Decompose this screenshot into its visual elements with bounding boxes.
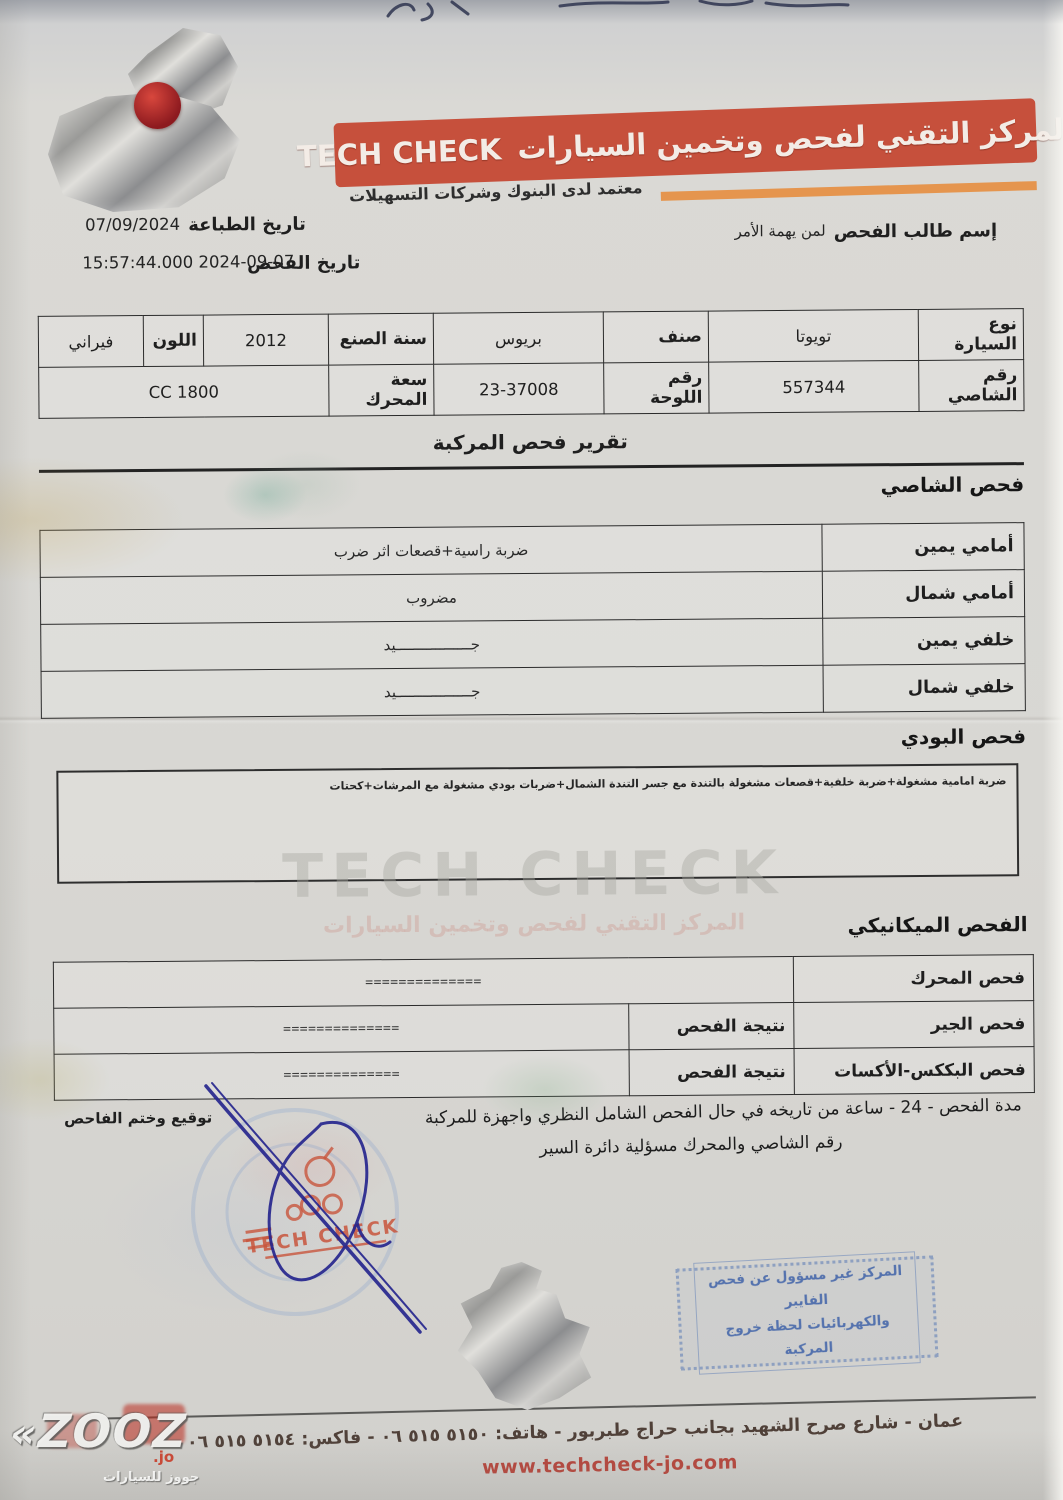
chassis-section-heading: فحص الشاصي bbox=[880, 472, 1024, 497]
rear-right-label: خلفي يمين bbox=[823, 617, 1025, 666]
table-row: خلفي شمال جـــــــــــــــــيد bbox=[41, 664, 1025, 719]
chassis-number-label: رقم الشاصي bbox=[919, 360, 1024, 412]
table-row: خلفي يمين جـــــــــــــــــيد bbox=[41, 617, 1025, 672]
inspection-date-value: 2024-09-07 15:57:44.000 bbox=[82, 252, 294, 273]
requester-row: إسم طالب الفحص لمن يهمة الأمر bbox=[735, 220, 998, 243]
axle-check-value: ============== bbox=[54, 1050, 629, 1101]
body-inspection-box: ضربة امامية مشغولة+ضربة خلفية+قصعات مشغو… bbox=[56, 763, 1019, 884]
vehicle-color-value: فيراني bbox=[38, 316, 143, 368]
disclaimer-line-2: والكهربائيات لحظة خروج المركبة bbox=[707, 1308, 909, 1367]
signature-label: توقيع وختم الفاحص bbox=[64, 1109, 212, 1128]
front-right-value: ضربة راسية+قصعات اثر ضرب bbox=[40, 524, 822, 577]
vehicle-type-value: تويوتا bbox=[708, 309, 918, 362]
rear-left-value: جـــــــــــــــــيد bbox=[41, 665, 823, 718]
gear-result-label: نتيجة الفحص bbox=[629, 1002, 794, 1049]
print-date-label: تاريخ الطباعة bbox=[188, 214, 306, 236]
brand-arabic: المركز التقني لفحص وتخمين السيارات bbox=[517, 112, 1063, 166]
zooz-arabic-caption: جووز للسيارات bbox=[103, 1470, 199, 1485]
vehicle-info-table: نوع السيارة تويوتا صنف بريوس سنة الصنع 2… bbox=[38, 308, 1025, 419]
gear-check-value: ============== bbox=[54, 1004, 629, 1055]
zooz-watermark-logo: «ZOOZ .jo جووز للسيارات bbox=[5, 1396, 235, 1496]
engine-capacity-value: CC 1800 bbox=[39, 365, 329, 418]
body-section-heading: فحص البودي bbox=[901, 724, 1027, 749]
inspection-date-row: تاريخ الفحص 2024-09-07 15:57:44.000 bbox=[82, 251, 360, 277]
disclaimer-stamp-text: المركز غير مسؤول عن فحص الفايبر والكهربا… bbox=[693, 1252, 920, 1375]
header-orange-bar bbox=[661, 181, 1037, 201]
chassis-inspection-table: أمامي يمين ضربة راسية+قصعات اثر ضرب أمام… bbox=[39, 522, 1025, 719]
vehicle-class-label: صنف bbox=[603, 311, 708, 363]
vehicle-type-label: نوع السيارة bbox=[918, 309, 1023, 361]
front-left-label: أمامي شمال bbox=[822, 570, 1024, 619]
vehicle-class-value: بريوس bbox=[433, 312, 603, 364]
table-row: أمامي شمال مضروب bbox=[40, 570, 1024, 625]
title-divider bbox=[39, 462, 1024, 472]
mechanical-section-heading: الفحص الميكانيكي bbox=[847, 912, 1027, 937]
print-date-value: 07/09/2024 bbox=[85, 215, 180, 235]
table-row: أمامي يمين ضربة راسية+قصعات اثر ضرب bbox=[40, 523, 1024, 578]
vehicle-color-label: اللون bbox=[143, 315, 203, 366]
brand-latin: TECH CHECK bbox=[297, 132, 502, 173]
gear-check-label: فحص الجير bbox=[794, 1001, 1034, 1049]
front-left-value: مضروب bbox=[40, 571, 822, 624]
axle-check-label: فحص البككس-الأكسات bbox=[794, 1047, 1034, 1095]
scanned-inspection-report: المركز التقني لفحص وتخمين السيارات TECH … bbox=[0, 0, 1063, 1500]
disclaimer-stamp: المركز غير مسؤول عن فحص الفايبر والكهربا… bbox=[676, 1255, 939, 1370]
plate-number-label: رقم اللوحة bbox=[604, 362, 709, 414]
vehicle-year-label: سنة الصنع bbox=[328, 313, 433, 365]
print-date-row: تاريخ الطباعة 07/09/2024 bbox=[85, 214, 306, 237]
validity-notes: مدة الفحص - 24 - ساعة من تاريخه في حال ا… bbox=[322, 1089, 1023, 1171]
chassis-number-value: 557344 bbox=[709, 360, 919, 413]
table-row: فحص المحرك ============== bbox=[53, 955, 1033, 1009]
rear-left-label: خلفي شمال bbox=[823, 664, 1025, 713]
engine-check-label: فحص المحرك bbox=[793, 955, 1033, 1003]
front-right-label: أمامي يمين bbox=[822, 523, 1024, 572]
requester-value: لمن يهمة الأمر bbox=[735, 222, 826, 241]
table-row: نوع السيارة تويوتا صنف بريوس سنة الصنع 2… bbox=[38, 309, 1023, 368]
red-seal-icon bbox=[134, 82, 181, 129]
table-row: رقم الشاصي 557344 رقم اللوحة 23-37008 سع… bbox=[39, 360, 1024, 419]
engine-check-value: ============== bbox=[53, 956, 793, 1008]
report-title: تقرير فحص المركبة bbox=[0, 426, 1062, 458]
table-row: فحص الجير نتيجة الفحص ============== bbox=[54, 1001, 1034, 1055]
vehicle-year-value: 2012 bbox=[203, 314, 328, 366]
mechanical-inspection-table: فحص المحرك ============== فحص الجير نتيج… bbox=[53, 954, 1035, 1101]
rear-right-value: جـــــــــــــــــيد bbox=[41, 618, 823, 671]
axle-result-label: نتيجة الفحص bbox=[629, 1048, 794, 1095]
requester-label: إسم طالب الفحص bbox=[834, 220, 998, 242]
inspection-date-label: تاريخ الفحص bbox=[302, 251, 360, 276]
engine-capacity-label: سعة المحرك bbox=[329, 364, 434, 416]
plate-number-value: 23-37008 bbox=[434, 363, 604, 415]
header-banner: المركز التقني لفحص وتخمين السيارات TECH … bbox=[333, 98, 1037, 187]
zooz-domain: .jo bbox=[153, 1448, 174, 1466]
